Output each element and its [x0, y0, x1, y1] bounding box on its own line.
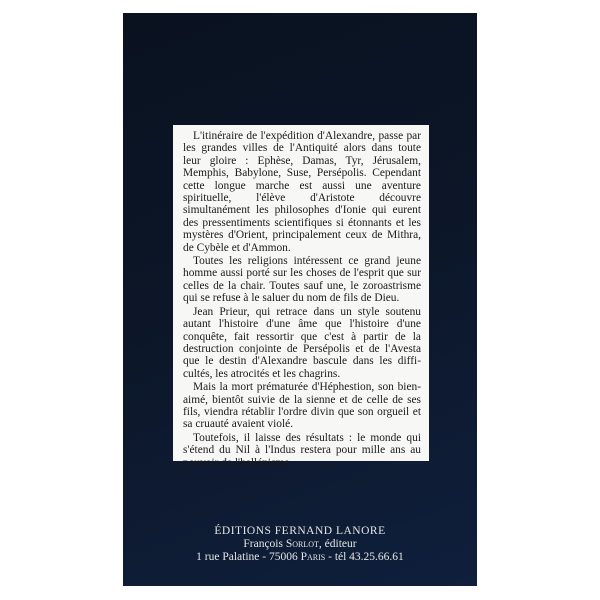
blurb-paragraph: Toutes les religions intéressent ce gran…: [183, 255, 421, 305]
publisher-name: ÉDITIONS FERNAND LANORE: [123, 525, 477, 538]
editor-last-name: Sorlot: [286, 538, 319, 550]
editor-first-name: François: [243, 538, 283, 550]
publisher-imprint: ÉDITIONS FERNAND LANORE François Sorlot,…: [123, 525, 477, 564]
address-street: 1 rue Palatine - 75006: [196, 551, 300, 563]
blurb-panel: L'itinéraire de l'expédition d'Alexandre…: [173, 125, 429, 461]
publisher-address: 1 rue Palatine - 75006 Paris - tél 43.25…: [123, 551, 477, 564]
book-back-cover: L'itinéraire de l'expédition d'Alexandre…: [123, 13, 477, 586]
address-city: Paris: [301, 551, 326, 563]
editor-role: , éditeur: [319, 538, 357, 550]
blurb-paragraph: Mais la mort prématurée d'Héphestion, so…: [183, 381, 421, 431]
blurb-paragraph: Toutefois, il laisse des résultats : le …: [183, 432, 421, 469]
address-phone: - tél 43.25.66.61: [325, 551, 404, 563]
blurb-paragraph: Jean Prieur, qui retrace dans un style s…: [183, 306, 421, 380]
publisher-editor: François Sorlot, éditeur: [123, 538, 477, 551]
blurb-paragraph: L'itinéraire de l'expédition d'Alexandre…: [183, 130, 421, 254]
